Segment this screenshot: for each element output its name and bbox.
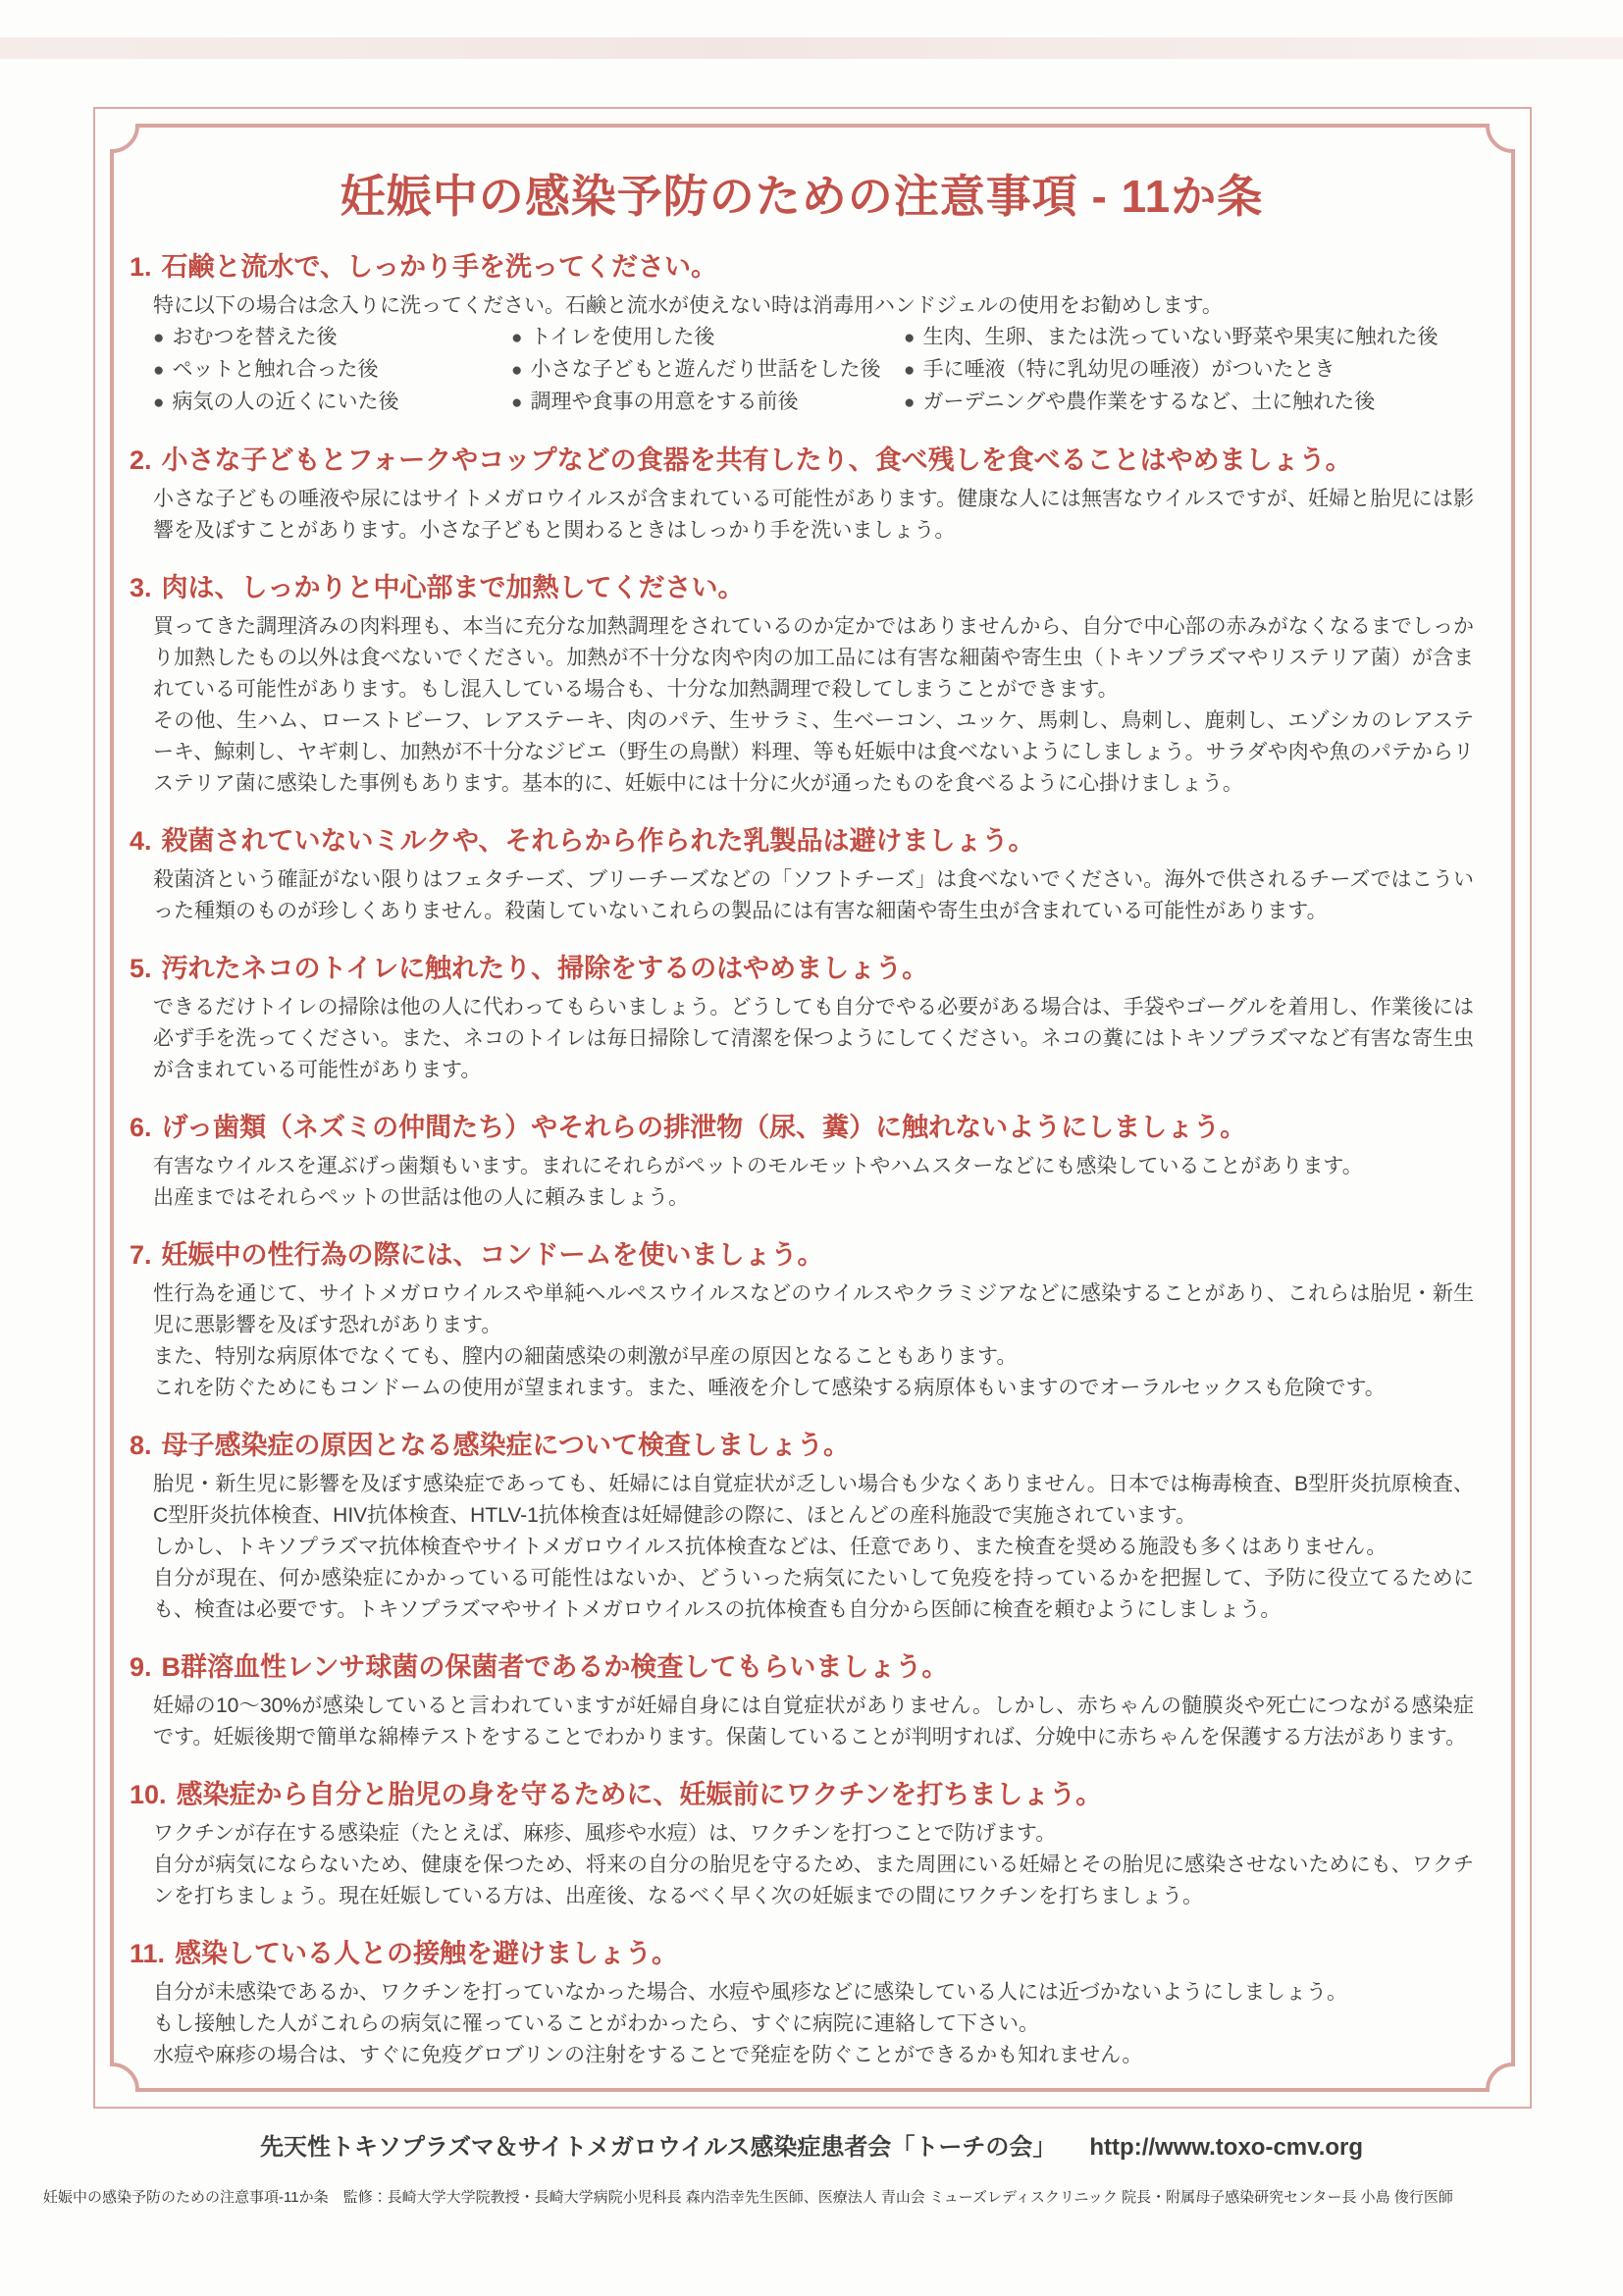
bullet-item: ●病気の人の近くにいた後 (153, 387, 511, 419)
bullet-text: 生肉、生卵、または洗っていない野菜や果実に触れた後 (922, 326, 1438, 348)
bullet-icon: ● (904, 360, 915, 381)
section-number: 8. (130, 1431, 152, 1460)
section-9: 9.B群溶血性レンサ球菌の保菌者であるか検査してもらいましょう。 妊婦の10～3… (130, 1651, 1474, 1753)
section-2: 2.小さな子どもとフォークやコップなどの食器を共有したり、食べ残しを食べることは… (130, 444, 1474, 547)
bullet-item: ●トイレを使用した後 (511, 322, 904, 354)
bullet-item: ●生肉、生卵、または洗っていない野菜や果実に触れた後 (904, 322, 1474, 354)
bullet-icon: ● (904, 328, 915, 348)
section-3: 3.肉は、しっかりと中心部まで加熱してください。 買ってきた調理済みの肉料理も、… (130, 572, 1474, 800)
section-heading: 11.感染している人との接触を避けましょう。 (130, 1938, 1474, 1969)
body-paragraph: ワクチンが存在する感染症（たとえば、麻疹、風疹や水痘）は、ワクチンを打つことで防… (153, 1818, 1474, 1850)
section-number: 4. (130, 826, 152, 856)
bullet-text: おむつを替えた後 (172, 326, 337, 348)
section-6: 6.げっ歯類（ネズミの仲間たち）やそれらの排泄物（尿、糞）に触れないようにしまし… (130, 1112, 1474, 1214)
body-paragraph: また、特別な病原体でなくても、膣内の細菌感染の刺激が早産の原因となることもありま… (153, 1341, 1474, 1373)
section-heading-text: 石鹸と流水で、しっかり手を洗ってください。 (162, 252, 717, 282)
section-heading-text: 感染している人との接触を避けましょう。 (175, 1939, 678, 1968)
section-heading: 9.B群溶血性レンサ球菌の保菌者であるか検査してもらいましょう。 (130, 1651, 1474, 1683)
bullet-item: ●ペットと触れ合った後 (153, 354, 511, 387)
bullet-item: ●ガーデニングや農作業をするなど、土に触れた後 (904, 387, 1474, 419)
bullet-icon: ● (153, 392, 164, 413)
body-paragraph: 自分が現在、何か感染症にかかっている可能性はないか、どういった病気にたいして免疫… (153, 1563, 1474, 1626)
body-paragraph: しかし、トキソプラズマ抗体検査やサイトメガロウイルス抗体検査などは、任意であり、… (153, 1532, 1474, 1563)
section-7: 7.妊娠中の性行為の際には、コンドームを使いましょう。 性行為を通じて、サイトメ… (130, 1239, 1474, 1404)
body-paragraph: 胎児・新生児に影響を及ぼす感染症であっても、妊婦には自覚症状が乏しい場合も少なく… (153, 1469, 1474, 1532)
section-heading-text: 殺菌されていないミルクや、それらから作られた乳製品は避けましょう。 (162, 826, 1035, 856)
section-8: 8.母子感染症の原因となる感染症について検査しましょう。 胎児・新生児に影響を及… (130, 1430, 1474, 1626)
section-number: 10. (130, 1780, 167, 1809)
bullet-item: ●手に唾液（特に乳幼児の唾液）がついたとき (904, 354, 1474, 387)
section-heading-text: 汚れたネコのトイレに触れたり、掃除をするのはやめましょう。 (162, 954, 929, 983)
bullet-icon: ● (511, 392, 522, 413)
bullet-icon: ● (153, 328, 164, 348)
section-1: 1.石鹸と流水で、しっかり手を洗ってください。 特に以下の場合は念入りに洗ってく… (130, 251, 1474, 419)
body-paragraph: その他、生ハム、ローストビーフ、レアステーキ、肉のパテ、生サラミ、生ベーコン、ユ… (153, 705, 1474, 800)
section-heading: 2.小さな子どもとフォークやコップなどの食器を共有したり、食べ残しを食べることは… (130, 444, 1474, 476)
bullet-text: トイレを使用した後 (530, 326, 714, 348)
bullet-icon: ● (511, 360, 522, 381)
bullet-item: ●おむつを替えた後 (153, 322, 511, 354)
section-number: 11. (130, 1939, 165, 1968)
footer-credit-line: 妊娠中の感染予防のための注意事項-11か条 監修：長崎大学大学院教授・長崎大学病… (43, 2186, 1613, 2207)
section-heading: 3.肉は、しっかりと中心部まで加熱してください。 (130, 572, 1474, 603)
body-paragraph: 有害なウイルスを運ぶげっ歯類もいます。まれにそれらがペットのモルモットやハムスタ… (153, 1151, 1474, 1182)
body-paragraph: 自分が未感染であるか、ワクチンを打っていなかった場合、水痘や風疹などに感染してい… (153, 1977, 1474, 2009)
body-paragraph: 妊婦の10～30%が感染していると言われていますが妊婦自身には自覚症状がありませ… (153, 1691, 1474, 1753)
section-4: 4.殺菌されていないミルクや、それらから作られた乳製品は避けましょう。 殺菌済と… (130, 825, 1474, 927)
bullet-item: ●調理や食事の用意をする前後 (511, 387, 904, 419)
section-heading: 7.妊娠中の性行為の際には、コンドームを使いましょう。 (130, 1239, 1474, 1271)
body-paragraph: 自分が病気にならないため、健康を保つため、将来の自分の胎児を守るため、また周囲に… (153, 1850, 1474, 1912)
organization-name: 先天性トキソプラズマ＆サイトメガロウイルス感染症患者会「トーチの会」 (260, 2134, 1056, 2161)
page-title: 妊娠中の感染予防のための注意事項 - 11か条 (130, 161, 1474, 226)
bullet-column-1: ●おむつを替えた後 ●ペットと触れ合った後 ●病気の人の近くにいた後 (153, 322, 511, 419)
section-number: 9. (130, 1652, 152, 1682)
section-heading-text: 小さな子どもとフォークやコップなどの食器を共有したり、食べ残しを食べることはやめ… (162, 445, 1352, 475)
section-number: 6. (130, 1113, 152, 1142)
body-paragraph: 性行為を通じて、サイトメガロウイルスや単純ヘルペスウイルスなどのウイルスやクラミ… (153, 1278, 1474, 1341)
footer-organization-line: 先天性トキソプラズマ＆サイトメガロウイルス感染症患者会「トーチの会」http:/… (0, 2127, 1623, 2162)
organization-url: http://www.toxo-cmv.org (1089, 2134, 1363, 2161)
section-heading-text: B群溶血性レンサ球菌の保菌者であるか検査してもらいましょう。 (162, 1652, 949, 1682)
document-body: 妊娠中の感染予防のための注意事項 - 11か条 1.石鹸と流水で、しっかり手を洗… (94, 108, 1531, 2108)
body-paragraph: もし接触した人がこれらの病気に罹っていることがわかったら、すぐに病院に連絡して下… (153, 2009, 1474, 2040)
hand-wash-bullet-grid: ●おむつを替えた後 ●ペットと触れ合った後 ●病気の人の近くにいた後 ●トイレを… (153, 322, 1474, 419)
section-number: 1. (130, 252, 152, 282)
body-paragraph: 出産まではそれらペットの世話は他の人に頼みましょう。 (153, 1182, 1474, 1214)
section-heading: 5.汚れたネコのトイレに触れたり、掃除をするのはやめましょう。 (130, 953, 1474, 984)
bullet-text: 病気の人の近くにいた後 (172, 391, 398, 413)
section-11: 11.感染している人との接触を避けましょう。 自分が未感染であるか、ワクチンを打… (130, 1938, 1474, 2071)
bullet-text: ガーデニングや農作業をするなど、土に触れた後 (922, 391, 1375, 413)
body-paragraph: できるだけトイレの掃除は他の人に代わってもらいましょう。どうしても自分でやる必要… (153, 992, 1474, 1086)
bullet-column-3: ●生肉、生卵、または洗っていない野菜や果実に触れた後 ●手に唾液（特に乳幼児の唾… (904, 322, 1474, 419)
section-heading: 8.母子感染症の原因となる感染症について検査しましょう。 (130, 1430, 1474, 1461)
bullet-icon: ● (904, 392, 915, 413)
body-paragraph: 買ってきた調理済みの肉料理も、本当に充分な加熱調理をされているのか定かではありま… (153, 611, 1474, 705)
bullet-text: ペットと触れ合った後 (172, 358, 378, 381)
bullet-text: 手に唾液（特に乳幼児の唾液）がついたとき (922, 358, 1335, 381)
section-heading: 4.殺菌されていないミルクや、それらから作られた乳製品は避けましょう。 (130, 825, 1474, 857)
bullet-icon: ● (153, 360, 164, 381)
section-heading: 10.感染症から自分と胎児の身を守るために、妊娠前にワクチンを打ちましょう。 (130, 1779, 1474, 1810)
bullet-icon: ● (511, 328, 522, 348)
section-heading-text: 肉は、しっかりと中心部まで加熱してください。 (162, 573, 745, 602)
section-heading-text: げっ歯類（ネズミの仲間たち）やそれらの排泄物（尿、糞）に触れないようにしましょう… (162, 1113, 1247, 1142)
section-5: 5.汚れたネコのトイレに触れたり、掃除をするのはやめましょう。 できるだけトイレ… (130, 953, 1474, 1086)
body-paragraph: 殺菌済という確証がない限りはフェタチーズ、ブリーチーズなどの「ソフトチーズ」は食… (153, 864, 1474, 927)
section-number: 3. (130, 573, 152, 602)
section-number: 5. (130, 954, 152, 983)
bullet-text: 小さな子どもと遊んだり世話をした後 (530, 358, 880, 381)
section-heading-text: 母子感染症の原因となる感染症について検査しましょう。 (162, 1431, 850, 1460)
section-heading: 6.げっ歯類（ネズミの仲間たち）やそれらの排泄物（尿、糞）に触れないようにしまし… (130, 1112, 1474, 1143)
body-paragraph: 特に以下の場合は念入りに洗ってください。石鹸と流水が使えない時は消毒用ハンドジェ… (153, 290, 1474, 322)
body-paragraph: 小さな子どもの唾液や尿にはサイトメガロウイルスが含まれている可能性があります。健… (153, 484, 1474, 547)
bullet-column-2: ●トイレを使用した後 ●小さな子どもと遊んだり世話をした後 ●調理や食事の用意を… (511, 322, 904, 419)
section-heading: 1.石鹸と流水で、しっかり手を洗ってください。 (130, 251, 1474, 283)
section-number: 2. (130, 445, 152, 475)
bullet-text: 調理や食事の用意をする前後 (530, 391, 798, 413)
section-number: 7. (130, 1240, 152, 1270)
bullet-item: ●小さな子どもと遊んだり世話をした後 (511, 354, 904, 387)
section-10: 10.感染症から自分と胎児の身を守るために、妊娠前にワクチンを打ちましょう。 ワ… (130, 1779, 1474, 1912)
body-paragraph: 水痘や麻疹の場合は、すぐに免疫グロブリンの注射をすることで発症を防ぐことができる… (153, 2040, 1474, 2071)
section-heading-text: 感染症から自分と胎児の身を守るために、妊娠前にワクチンを打ちましょう。 (177, 1780, 1103, 1809)
body-paragraph: これを防ぐためにもコンドームの使用が望まれます。また、唾液を介して感染する病原体… (153, 1373, 1474, 1404)
section-heading-text: 妊娠中の性行為の際には、コンドームを使いましょう。 (162, 1240, 824, 1270)
